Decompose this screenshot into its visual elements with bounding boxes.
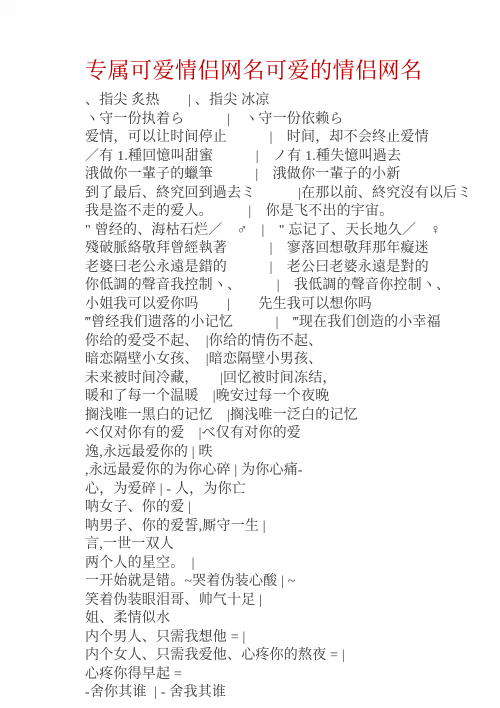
nickname-line: 逸,永远最爱你的 | 昳 bbox=[85, 444, 480, 463]
nickname-line: 心，为爱碎 | - 人，为你亡 bbox=[85, 481, 480, 500]
nickname-line: -舍你其谁 | - 舍我其谁 bbox=[85, 684, 480, 703]
nickname-line: 言,一世一双人 bbox=[85, 536, 480, 555]
nickname-line: 心疼你得早起 = bbox=[85, 666, 480, 685]
nickname-line: 内个男人、只需我想他 = | bbox=[85, 629, 480, 648]
nickname-line: 我是盗不走的爱人。 | 你是飞不出的宇宙。 bbox=[85, 203, 480, 222]
nickname-line: 到了最后、終究回到過去ミ |在那以前、終究沒有以后ミ bbox=[85, 185, 480, 204]
nickname-line: 涐做你一輩子的蠟筆 | 涐做你一輩子的小新 bbox=[85, 166, 480, 185]
nickname-line: 暖和了每一个温暖 |晚安过每一个夜晚 bbox=[85, 388, 480, 407]
nickname-line: ヽ守一份执着ら | ヽ守一份依赖ら bbox=[85, 111, 480, 130]
nickname-line: ,永远最爱你的为你心碎 | 为你心痛- bbox=[85, 462, 480, 481]
nickname-line: べ仅对你有的爱 |べ仅有对你的爱 bbox=[85, 425, 480, 444]
nickname-line: 一开始就是错。~哭着伪装心酸 | ~ bbox=[85, 573, 480, 592]
nickname-line: 你给的爱受不起、 |你给的情伤不起、 bbox=[85, 333, 480, 352]
nickname-line: " 曾经的、海枯石烂／ ♂ | " 忘记了、天长地久／ ♀ bbox=[85, 222, 480, 241]
nickname-line: ／有 1.種回憶叫甜蜜 | ノ有 1.種失憶叫過去 bbox=[85, 148, 480, 167]
nickname-line: ‴曾经我们遗落的小记忆 | ‴现在我们创造的小幸福 bbox=[85, 314, 480, 333]
nickname-line: 呐女子、你的爱 | bbox=[85, 499, 480, 518]
article: 专属可爱情侣网名可爱的情侣网名 、指尖 炙热 | 、指尖 冰凉 ヽ守一份执着ら … bbox=[85, 57, 480, 703]
nickname-line: 小姐我可以爱你吗 | 先生我可以想你吗 bbox=[85, 296, 480, 315]
nickname-line: 内个女人、只需我爱他、心疼你的熬夜 = | bbox=[85, 647, 480, 666]
page-title: 专属可爱情侣网名可爱的情侣网名 bbox=[85, 57, 480, 85]
nickname-line: 你低調的聲音我控制ヽ、 | 我低調的聲音你控制ヽ、 bbox=[85, 277, 480, 296]
nickname-line: 未来被时间冷藏， |回忆被时间冻结， bbox=[85, 370, 480, 389]
nickname-line: 笑着伪装眼泪哥、帅气十足 | bbox=[85, 592, 480, 611]
nickname-line: 老婆曰老公永遠是錯的 | 老公曰老婆永遠是對的 bbox=[85, 259, 480, 278]
nickname-line: 殘破脈絡敬拜曾經執著 | 寥落回想敬拜那年癡迷 bbox=[85, 240, 480, 259]
nickname-line: 、指尖 炙热 | 、指尖 冰凉 bbox=[85, 92, 480, 111]
scan-artifact bbox=[0, 0, 16, 16]
nickname-line: 姐、柔情似水 bbox=[85, 610, 480, 629]
nickname-line: 爱情，可以让时间停止 | 时间，却不会终止爱情 bbox=[85, 129, 480, 148]
nickname-line: 呐男子、你的爱誓,厮守一生 | bbox=[85, 518, 480, 537]
nickname-line: 暗恋隔壁小女孩、 |暗恋隔壁小男孩、 bbox=[85, 351, 480, 370]
nickname-line: 两个人的星空。 | bbox=[85, 555, 480, 574]
nickname-line: 搁浅唯一黑白的记忆 |搁浅唯一泛白的记忆 bbox=[85, 407, 480, 426]
